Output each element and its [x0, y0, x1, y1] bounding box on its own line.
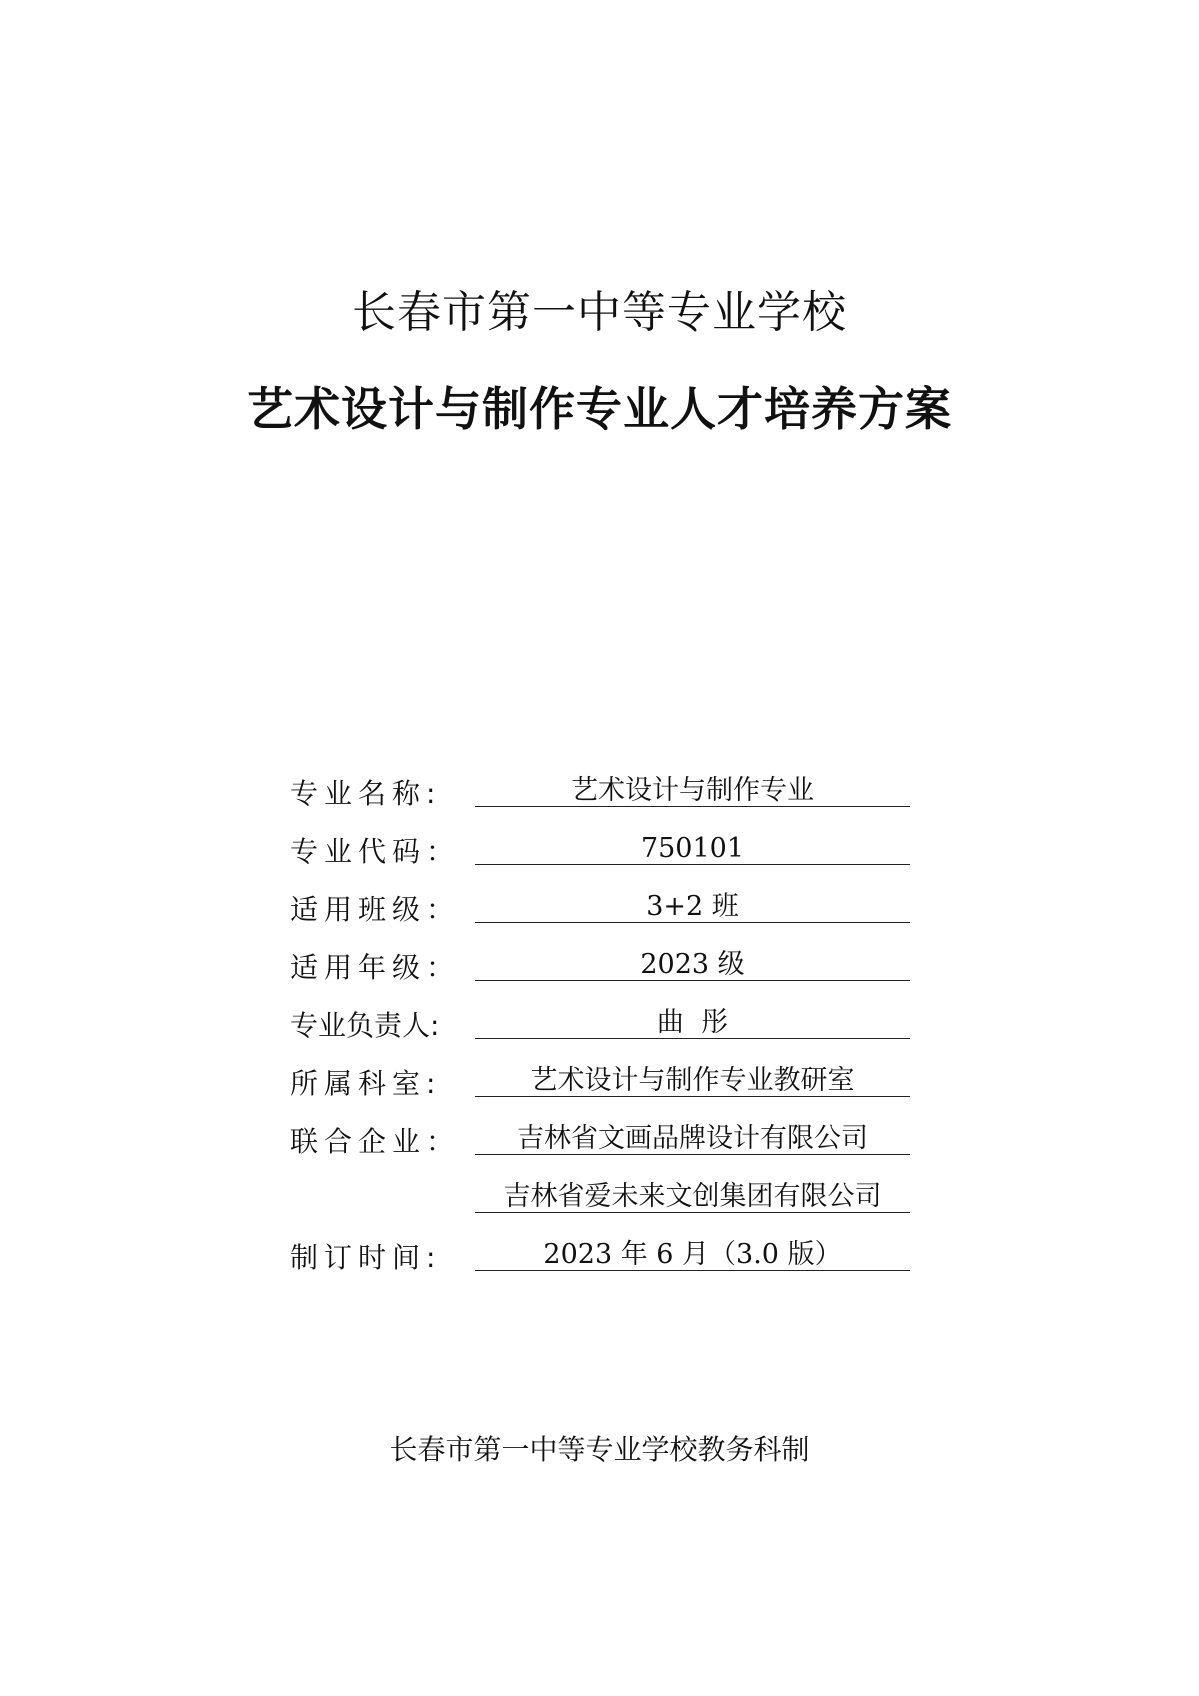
field-value: 艺术设计与制作专业教研室 — [475, 1064, 910, 1097]
field-value: 3+2 班 — [475, 890, 910, 923]
field-label: 专业负责人: — [290, 1008, 475, 1044]
field-value: 吉林省文画品牌设计有限公司 — [475, 1122, 910, 1155]
field-row-grade: 适用年级： 2023 级 — [290, 944, 920, 1002]
field-row-department: 所属科室: 艺术设计与制作专业教研室 — [290, 1060, 920, 1118]
plan-title: 艺术设计与制作专业人才培养方案 — [0, 378, 1199, 440]
field-label: 适用年级： — [290, 950, 475, 986]
info-table: 专业名称: 艺术设计与制作专业 专业代码： 750101 适用班级： 3+2 班… — [290, 770, 920, 1292]
field-value: 曲 彤 — [475, 1006, 910, 1039]
field-label: 适用班级： — [290, 892, 475, 928]
field-row-major-name: 专业名称: 艺术设计与制作专业 — [290, 770, 920, 828]
field-label: 专业代码： — [290, 834, 475, 870]
field-row-enterprise-2: 吉林省爱未来文创集团有限公司 — [290, 1176, 920, 1234]
field-label: 联合企业： — [290, 1124, 475, 1160]
field-value: 艺术设计与制作专业 — [475, 774, 910, 807]
field-row-enterprise-1: 联合企业： 吉林省文画品牌设计有限公司 — [290, 1118, 920, 1176]
field-label: 专业名称: — [290, 776, 475, 812]
field-row-date: 制订时间: 2023 年 6 月（3.0 版） — [290, 1234, 920, 1292]
field-row-leader: 专业负责人: 曲 彤 — [290, 1002, 920, 1060]
field-value: 2023 年 6 月（3.0 版） — [475, 1238, 910, 1271]
field-label: 制订时间: — [290, 1240, 475, 1276]
field-label: 所属科室: — [290, 1066, 475, 1102]
field-value: 2023 级 — [475, 948, 910, 981]
field-row-major-code: 专业代码： 750101 — [290, 828, 920, 886]
field-value: 吉林省爱未来文创集团有限公司 — [475, 1180, 910, 1213]
issuer-footer: 长春市第一中等专业学校教务科制 — [0, 1430, 1199, 1470]
field-value: 750101 — [475, 832, 910, 865]
school-title: 长春市第一中等专业学校 — [0, 283, 1199, 343]
field-row-class: 适用班级： 3+2 班 — [290, 886, 920, 944]
